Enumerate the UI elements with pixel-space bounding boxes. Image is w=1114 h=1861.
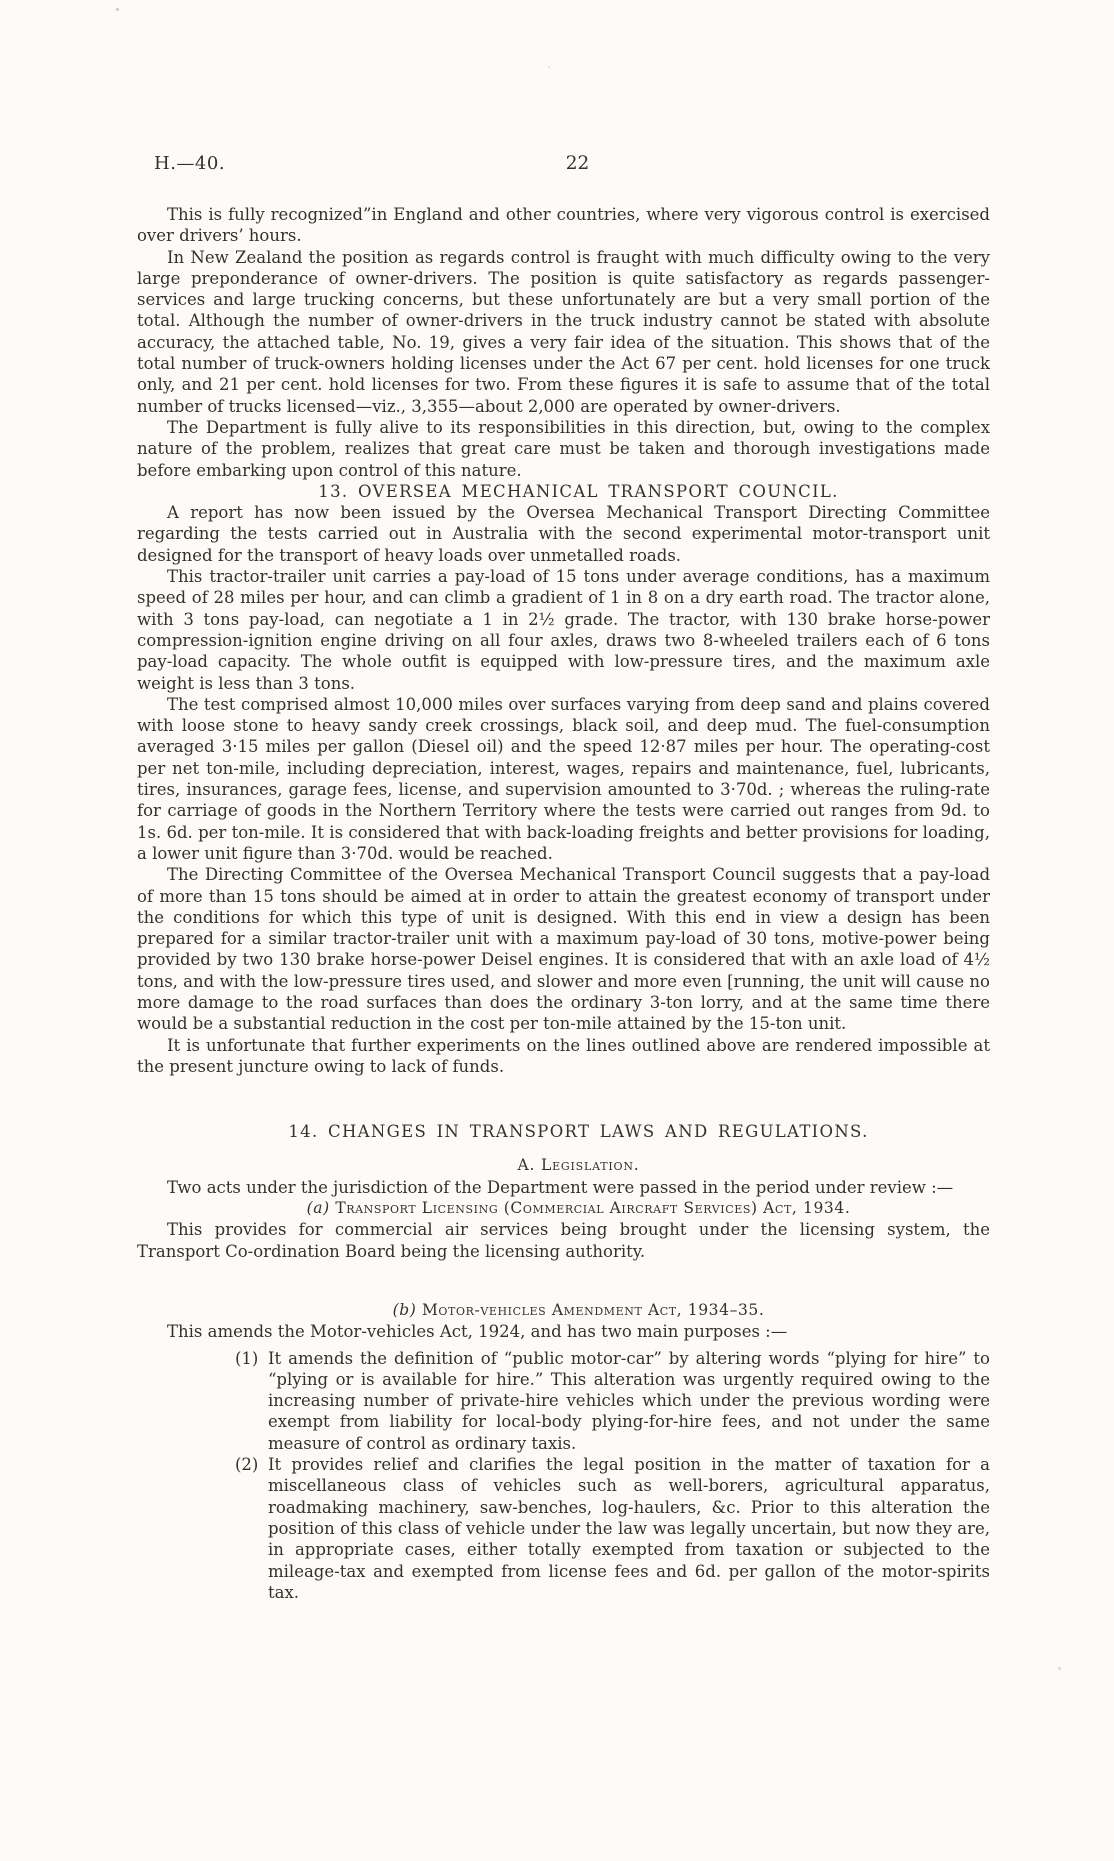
- act-a-marker: (a): [307, 1199, 330, 1217]
- document-page: H.—40. 22 This is fully recognized”in En…: [0, 0, 1114, 1861]
- ink-speck: [1058, 1667, 1061, 1670]
- act-a-title: Transport Licensing (Commercial Aircraft…: [335, 1199, 850, 1217]
- section-13-heading: 13. OVERSEA MECHANICAL TRANSPORT COUNCIL…: [137, 481, 990, 502]
- paragraph: This provides for commercial air service…: [137, 1219, 990, 1262]
- list-item-marker: (1): [235, 1348, 268, 1369]
- paragraph: The Directing Committee of the Oversea M…: [137, 864, 990, 1034]
- paragraph: This amends the Motor-vehicles Act, 1924…: [137, 1321, 990, 1342]
- paragraph: Two acts under the jurisdiction of the D…: [137, 1177, 990, 1198]
- page-body: This is fully recognized”in England and …: [137, 204, 990, 1603]
- paragraph: This is fully recognized”in England and …: [137, 204, 990, 247]
- page-number: 22: [566, 153, 590, 175]
- ink-speck: [548, 66, 550, 68]
- list-item-text: It amends the definition of “public moto…: [268, 1349, 990, 1453]
- paragraph: A report has now been issued by the Over…: [137, 502, 990, 566]
- paragraph: It is unfortunate that further experimen…: [137, 1035, 990, 1078]
- paragraph: This tractor-trailer unit carries a pay-…: [137, 566, 990, 694]
- list-item: (1)It amends the definition of “public m…: [235, 1348, 990, 1454]
- act-b-marker: (b): [393, 1301, 417, 1319]
- act-a-heading: (a) Transport Licensing (Commercial Airc…: [137, 1198, 990, 1219]
- doc-reference: H.—40.: [154, 153, 225, 175]
- legislation-subheading: A. Legislation.: [137, 1155, 990, 1176]
- list-item-marker: (2): [235, 1454, 268, 1475]
- ink-speck: [116, 8, 119, 11]
- purpose-list: (1)It amends the definition of “public m…: [137, 1348, 990, 1604]
- paragraph: The Department is fully alive to its res…: [137, 417, 990, 481]
- paragraph: In New Zealand the position as regards c…: [137, 247, 990, 417]
- list-item-text: It provides relief and clarifies the leg…: [268, 1455, 990, 1602]
- paragraph: The test comprised almost 10,000 miles o…: [137, 694, 990, 864]
- act-b-heading: (b) Motor-vehicles Amendment Act, 1934–3…: [137, 1300, 990, 1321]
- running-head: H.—40. 22: [137, 153, 990, 175]
- act-b-title: Motor-vehicles Amendment Act, 1934–35.: [422, 1301, 764, 1319]
- section-14-heading: 14. CHANGES IN TRANSPORT LAWS AND REGULA…: [137, 1121, 990, 1142]
- list-item: (2)It provides relief and clarifies the …: [235, 1454, 990, 1603]
